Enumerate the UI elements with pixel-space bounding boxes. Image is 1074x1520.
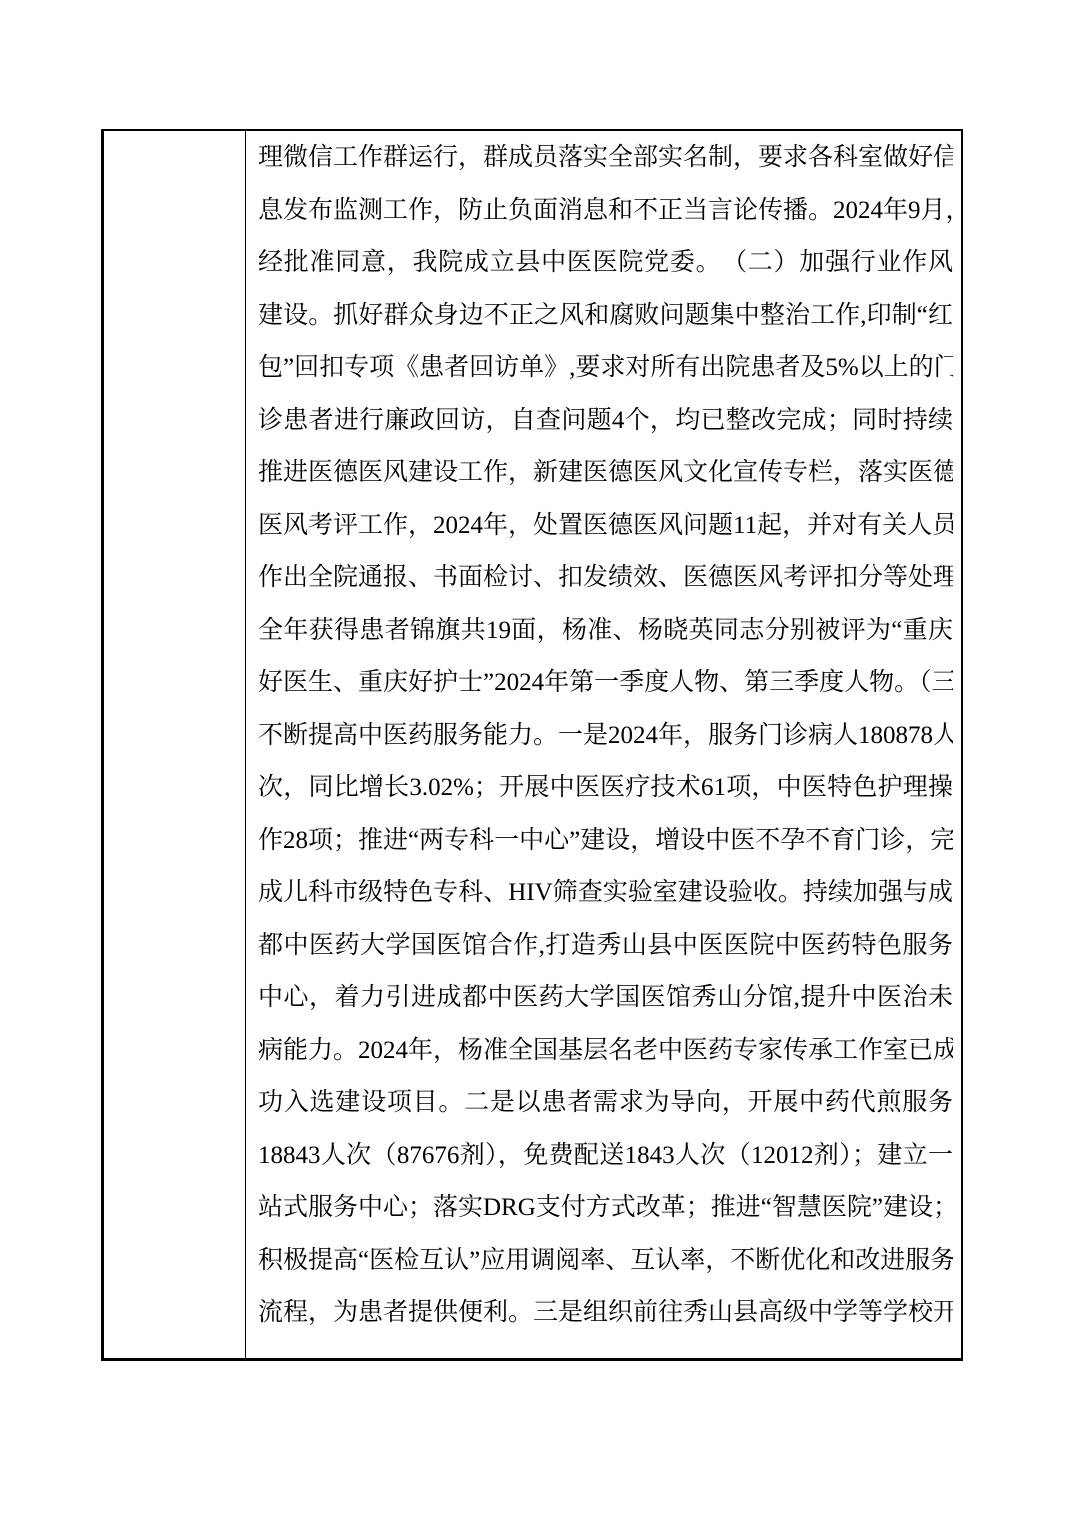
text-line: 功入选建设项目。二是以患者需求为导向，开展中药代煎服务 (258, 1077, 953, 1130)
text-line: 流程，为患者提供便利。三是组织前往秀山县高级中学等学校开 (258, 1287, 953, 1340)
text-line: 18843人次（87676剂），免费配送1843人次（12012剂）；建立一 (258, 1130, 953, 1183)
document-page: 理微信工作群运行，群成员落实全部实名制，要求各科室做好信息发布监测工作，防止负面… (0, 0, 1074, 1520)
text-line: 经批准同意，我院成立县中医医院党委。 （二）加强行业作风 (258, 237, 953, 290)
text-line: 推进医德医风建设工作，新建医德医风文化宣传专栏，落实医德 (258, 447, 953, 500)
text-line: 病能力。2024年，杨准全国基层名老中医药专家传承工作室已成 (258, 1025, 953, 1078)
table-left-cell (104, 131, 246, 1358)
text-line: 作28项；推进“两专科一中心”建设，增设中医不孕不育门诊，完 (258, 815, 953, 868)
text-line: 好医生、重庆好护士”2024年第一季度人物、第三季度人物。（三） (258, 657, 953, 710)
report-table: 理微信工作群运行，群成员落实全部实名制，要求各科室做好信息发布监测工作，防止负面… (101, 129, 963, 1361)
text-line: 积极提高“医检互认”应用调阅率、互认率，不断优化和改进服务 (258, 1235, 953, 1288)
report-text-block: 理微信工作群运行，群成员落实全部实名制，要求各科室做好信息发布监测工作，防止负面… (258, 132, 953, 1340)
text-line: 次，同比增长3.02%；开展中医医疗技术61项，中医特色护理操 (258, 762, 953, 815)
text-line: 理微信工作群运行，群成员落实全部实名制，要求各科室做好信 (258, 132, 953, 185)
text-line: 全年获得患者锦旗共19面，杨准、杨晓英同志分别被评为“重庆 (258, 605, 953, 658)
text-line: 建设。抓好群众身边不正之风和腐败问题集中整治工作,印制“红 (258, 290, 953, 343)
table-body-cell: 理微信工作群运行，群成员落实全部实名制，要求各科室做好信息发布监测工作，防止负面… (246, 131, 961, 1358)
text-line: 作出全院通报、书面检讨、扣发绩效、医德医风考评扣分等处理， (258, 552, 953, 605)
text-line: 医风考评工作，2024年，处置医德医风问题11起，并对有关人员 (258, 500, 953, 553)
text-line: 站式服务中心；落实DRG支付方式改革；推进“智慧医院”建设； (258, 1182, 953, 1235)
text-line: 都中医药大学国医馆合作,打造秀山县中医医院中医药特色服务 (258, 920, 953, 973)
text-line: 息发布监测工作，防止负面消息和不正当言论传播。2024年9月， (258, 185, 953, 238)
text-line: 不断提高中医药服务能力。一是2024年，服务门诊病人180878人 (258, 710, 953, 763)
text-line: 包”回扣专项《患者回访单》,要求对所有出院患者及5%以上的门 (258, 342, 953, 395)
text-line: 成儿科市级特色专科、HIV筛查实验室建设验收。持续加强与成 (258, 867, 953, 920)
text-line: 诊患者进行廉政回访，自查问题4个，均已整改完成；同时持续 (258, 395, 953, 448)
text-line: 中心，着力引进成都中医药大学国医馆秀山分馆,提升中医治未 (258, 972, 953, 1025)
